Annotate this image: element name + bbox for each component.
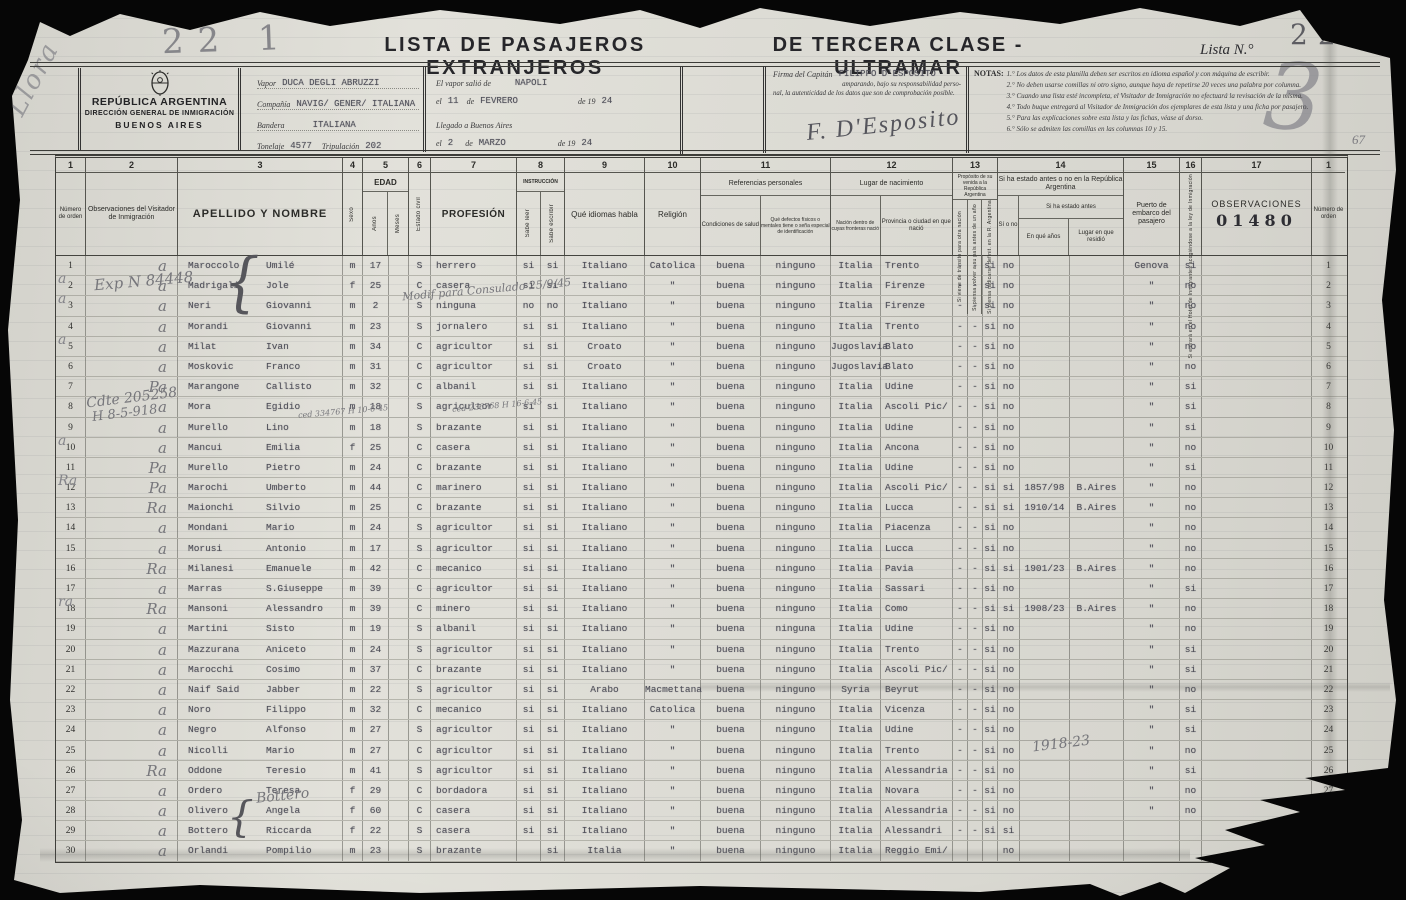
cell-ay (1020, 337, 1070, 356)
visitor-handwritten-mark: a (158, 419, 167, 437)
cell-p2: - (968, 478, 983, 497)
visitor-handwritten-mark: a (158, 620, 167, 638)
surname: Moskovic (188, 357, 266, 377)
table-row: 26RaOddoneTeresiom41SagricultorsisiItali… (56, 761, 1347, 781)
cell-ay (1020, 296, 1070, 315)
cell-ho: no (1180, 296, 1202, 315)
header-apellido-nombre: 3 APELLIDO Y NOMBRE (178, 158, 343, 255)
cell-al (1070, 761, 1124, 780)
table-row: 23aNoroFilippom32CmecanicosisiItalianoCa… (56, 700, 1347, 720)
cell-mark: a (86, 579, 178, 598)
cell-pr: agricultor (431, 539, 517, 558)
cell-al (1070, 619, 1124, 638)
table-header: 1 Número de orden 2 Observaciones del Vi… (56, 158, 1347, 256)
cell-sa: buena (701, 296, 761, 315)
cell-de: ninguno (761, 539, 831, 558)
margin-handwriting: Llora (2, 37, 66, 121)
cell-ho: si (1180, 256, 1202, 275)
cell-pu: " (1124, 761, 1180, 780)
cell-pr: ninguna (431, 296, 517, 315)
cell-mark: a (86, 841, 178, 860)
given-name: Pompilio (266, 841, 312, 861)
surname: Mondani (188, 518, 266, 538)
cell-mark: a (86, 256, 178, 275)
cell-na: Italia (831, 619, 881, 638)
cell-de: ninguno (761, 841, 831, 860)
cell-p1: - (953, 418, 968, 437)
cell-p3: si (983, 801, 998, 820)
cell-re: " (645, 720, 701, 739)
cell-sx: f (343, 781, 363, 800)
cell-sx: m (343, 640, 363, 659)
table-row: 16RaMilanesiEmanuelem42CmecanicosisiItal… (56, 559, 1347, 579)
cell-de: ninguna (761, 619, 831, 638)
cell-yr: 23 (363, 841, 389, 860)
cell-p1: - (953, 478, 968, 497)
cell-le: si (517, 821, 541, 840)
cell-re: " (645, 660, 701, 679)
visitor-handwritten-mark: a (158, 661, 167, 679)
cell-sx: m (343, 539, 363, 558)
cell-mark: Ra (86, 761, 178, 780)
cell-ho: si (1180, 377, 1202, 396)
cell-ho: no (1180, 357, 1202, 376)
cell-de: ninguno (761, 660, 831, 679)
cell-pr: albanil (431, 619, 517, 638)
salio-port: NAPOLI (515, 78, 547, 88)
cell-name: MilanesiEmanuele (178, 559, 343, 578)
cell-id: Italiano (565, 761, 645, 780)
cell-p1: - (953, 801, 968, 820)
cell-n: 13 (56, 498, 86, 517)
cell-le: si (517, 559, 541, 578)
cell-pu: " (1124, 741, 1180, 760)
cell-re: " (645, 539, 701, 558)
visitor-handwritten-mark: a (158, 721, 167, 739)
visitor-handwritten-mark: a (158, 277, 167, 295)
cell-p2: - (968, 579, 983, 598)
lista-number-label: Lista N.° (1200, 42, 1254, 59)
cell-ob (1202, 337, 1312, 356)
cell-yr: 44 (363, 478, 389, 497)
cell-re: " (645, 478, 701, 497)
de19-label: de 19 (578, 97, 596, 106)
cell-re: " (645, 276, 701, 295)
cell-ob (1202, 478, 1312, 497)
cell-le: si (517, 761, 541, 780)
cell-cv: S (409, 539, 431, 558)
visitor-handwritten-mark: a (158, 580, 167, 598)
cell-pr: agricultor (431, 741, 517, 760)
cell-al (1070, 539, 1124, 558)
compania-value: NAVIG/ GENER/ ITALIANA (296, 99, 415, 109)
cell-p1: - (953, 660, 968, 679)
cell-sx: f (343, 438, 363, 457)
cell-n2: 1 (1312, 256, 1345, 275)
cell-na: Syria (831, 680, 881, 699)
surname: Neri (188, 296, 266, 316)
cell-ob (1202, 720, 1312, 739)
header-edad: 5 EDAD Años Meses (363, 158, 409, 255)
cell-sa: buena (701, 478, 761, 497)
visitor-handwritten-mark: a (158, 358, 167, 376)
cell-es: si (541, 559, 565, 578)
cell-pr: bordadora (431, 781, 517, 800)
table-row: 22aNaif SaidJabberm22SagricultorsisiArab… (56, 680, 1347, 700)
cell-name: MarrasS.Giuseppe (178, 579, 343, 598)
cell-p1: - (953, 317, 968, 336)
cell-p2: - (968, 518, 983, 537)
cell-id: Croato (565, 357, 645, 376)
cell-ob (1202, 418, 1312, 437)
cell-n2: 7 (1312, 377, 1345, 396)
cell-ay (1020, 539, 1070, 558)
cell-es: si (541, 498, 565, 517)
cell-al (1070, 458, 1124, 477)
de19-label-2: de 19 (558, 139, 576, 148)
tripulacion-value: 202 (365, 141, 381, 151)
cell-cv: C (409, 781, 431, 800)
cell-yr: 24 (363, 640, 389, 659)
cell-de: ninguno (761, 761, 831, 780)
cell-le: si (517, 680, 541, 699)
cell-ay (1020, 579, 1070, 598)
cell-ms (389, 377, 409, 396)
visitor-handwritten-mark: a (158, 842, 167, 860)
cell-cv: S (409, 256, 431, 275)
cell-al: B.Aires (1070, 478, 1124, 497)
cell-pv: Ascoli Pic/ (881, 397, 953, 416)
cell-es: si (541, 660, 565, 679)
surname: Milanesi (188, 559, 266, 579)
given-name: Angela (266, 801, 300, 821)
cell-p3: si (983, 619, 998, 638)
cell-na: Italia (831, 841, 881, 860)
notes-label: NOTAS: (974, 69, 1004, 135)
cell-na: Italia (831, 498, 881, 517)
cell-name: MoraEgidio (178, 397, 343, 416)
cell-name: BotteroRiccarda (178, 821, 343, 840)
cell-yr: 23 (363, 317, 389, 336)
cell-ob (1202, 559, 1312, 578)
cell-sx: m (343, 579, 363, 598)
cell-al (1070, 841, 1124, 860)
tonelaje-value: 4577 (290, 141, 312, 151)
cell-al (1070, 821, 1124, 840)
given-name: Sisto (266, 619, 295, 639)
cell-p2: - (968, 801, 983, 820)
cell-de: ninguno (761, 700, 831, 719)
cell-yr: 27 (363, 720, 389, 739)
cell-n2: 12 (1312, 478, 1345, 497)
cell-le: si (517, 801, 541, 820)
cell-n: 25 (56, 741, 86, 760)
given-name: Ivan (266, 337, 289, 357)
cell-al (1070, 741, 1124, 760)
cell-n: 14 (56, 518, 86, 537)
cell-pv: Alessandri (881, 821, 953, 840)
cell-re: " (645, 397, 701, 416)
cell-ms (389, 498, 409, 517)
cell-id: Italiano (565, 377, 645, 396)
cell-sx: m (343, 498, 363, 517)
cell-es: si (541, 418, 565, 437)
given-name: Franco (266, 357, 300, 377)
cell-p1: - (953, 821, 968, 840)
cell-le: si (517, 619, 541, 638)
cell-ay (1020, 256, 1070, 275)
cell-name: MoskovicFranco (178, 357, 343, 376)
cell-ho: no (1180, 438, 1202, 457)
cell-ho (1180, 821, 1202, 840)
cell-pv: Firenze (881, 296, 953, 315)
cell-de: ninguno (761, 418, 831, 437)
table-row: 28aOliveroAngelaf60CcaserasisiItaliano"b… (56, 801, 1347, 821)
cell-p3: si (983, 660, 998, 679)
given-name: Mario (266, 518, 295, 538)
table-row: 15aMorusiAntoniom17SagricultorsisiItalia… (56, 539, 1347, 559)
cell-ay (1020, 357, 1070, 376)
cell-ay (1020, 741, 1070, 760)
cell-pr: agricultor (431, 680, 517, 699)
vapor-value: DUCA DEGLI ABRUZZI (282, 78, 379, 88)
cell-name: NegroAlfonso (178, 720, 343, 739)
cell-pr: mecanico (431, 559, 517, 578)
cell-p1: - (953, 599, 968, 618)
cell-n: 6 (56, 357, 86, 376)
cell-cv: S (409, 720, 431, 739)
cell-name: Naif SaidJabber (178, 680, 343, 699)
cell-na: Jugoslavia (831, 337, 881, 356)
table-row: 13RaMaionchiSilviom25CbrazantesisiItalia… (56, 498, 1347, 518)
cell-pr: brazante (431, 418, 517, 437)
cell-id: Italiano (565, 296, 645, 315)
surname: Oddone (188, 761, 266, 781)
cell-pu: " (1124, 438, 1180, 457)
cell-mark: a (86, 518, 178, 537)
cell-ms (389, 761, 409, 780)
cell-sx: m (343, 761, 363, 780)
given-name: Pietro (266, 458, 300, 478)
cell-sx: m (343, 296, 363, 315)
cell-sx: m (343, 660, 363, 679)
cell-mark: a (86, 680, 178, 699)
cell-n2: 2 (1312, 276, 1345, 295)
cell-ms (389, 619, 409, 638)
cell-ms (389, 397, 409, 416)
cell-p3: si (983, 599, 998, 618)
cell-es: si (541, 700, 565, 719)
cell-es: si (541, 781, 565, 800)
cell-na: Italia (831, 599, 881, 618)
cell-id: Italiano (565, 458, 645, 477)
cell-ho: no (1180, 498, 1202, 517)
cell-n: a5 (56, 337, 86, 356)
cell-al (1070, 438, 1124, 457)
cell-cv: S (409, 841, 431, 860)
cell-es: si (541, 821, 565, 840)
cell-p1: - (953, 458, 968, 477)
cell-id: Italiano (565, 256, 645, 275)
given-name: Umberto (266, 478, 306, 498)
cell-pu: " (1124, 801, 1180, 820)
surname: Noro (188, 700, 266, 720)
cell-mark: a (86, 276, 178, 295)
cell-id: Arabo (565, 680, 645, 699)
cell-re: " (645, 741, 701, 760)
cell-p2: - (968, 741, 983, 760)
cell-de: ninguno (761, 599, 831, 618)
cell-sa: buena (701, 720, 761, 739)
note-line: 3.° Cuando una lista esté incompleta, el… (1007, 91, 1309, 102)
cell-ob (1202, 438, 1312, 457)
cell-le: si (517, 518, 541, 537)
cell-an: no (998, 539, 1020, 558)
cell-an: no (998, 841, 1020, 860)
cell-p2: - (968, 660, 983, 679)
cell-pr: brazante (431, 458, 517, 477)
notes-box: NOTAS: 1.° Los datos de esta planilla de… (968, 66, 1338, 153)
cell-re: " (645, 498, 701, 517)
cell-an: no (998, 377, 1020, 396)
cell-pv: Trento (881, 741, 953, 760)
cell-le: si (517, 397, 541, 416)
cell-mark: Pa (86, 478, 178, 497)
table-row: 6aMoskovicFrancom31CagricultorsisiCroato… (56, 357, 1347, 377)
cell-p2: - (968, 680, 983, 699)
cell-name: MartiniSisto (178, 619, 343, 638)
cell-n: 8 (56, 397, 86, 416)
cell-sa: buena (701, 397, 761, 416)
margin-handwritten-mark: a (58, 292, 66, 306)
given-name: Alessandro (266, 599, 323, 619)
table-row: ra18RaMansoniAlessandrom39CminerosisiIta… (56, 599, 1347, 619)
cell-pv: Udine (881, 720, 953, 739)
cell-pu: " (1124, 700, 1180, 719)
cell-ho: no (1180, 801, 1202, 820)
cell-sa: buena (701, 377, 761, 396)
cell-p2: - (968, 640, 983, 659)
cell-n2 (1312, 841, 1345, 860)
cell-pu: " (1124, 276, 1180, 295)
cell-n: 20 (56, 640, 86, 659)
cell-cv: C (409, 377, 431, 396)
table-row: a2aMadrigaliJolef25CcaserasisiItaliano"b… (56, 276, 1347, 296)
cell-id: Italiano (565, 317, 645, 336)
cell-al: B.Aires (1070, 559, 1124, 578)
cell-mark: a (86, 397, 178, 416)
cell-sa: buena (701, 458, 761, 477)
cell-pr: brazante (431, 498, 517, 517)
cell-pv: Trento (881, 317, 953, 336)
cell-le: si (517, 599, 541, 618)
cell-es: si (541, 619, 565, 638)
cell-p2: - (968, 418, 983, 437)
header-puerto: 15 Puerto de embarco del pasajero (1124, 158, 1180, 255)
captain-signature: F. D'Esposito (805, 104, 962, 147)
cell-sa: buena (701, 276, 761, 295)
cell-n2: 15 (1312, 539, 1345, 558)
header-religion: 10 Religión (645, 158, 701, 255)
given-name: Giovanni (266, 317, 312, 337)
cell-cv: S (409, 518, 431, 537)
cell-na: Italia (831, 700, 881, 719)
cell-cv: C (409, 337, 431, 356)
cell-n2: 10 (1312, 438, 1345, 457)
cell-yr: 27 (363, 741, 389, 760)
cell-re: " (645, 418, 701, 437)
visitor-handwritten-mark: a (158, 439, 167, 457)
cell-pr: casera (431, 438, 517, 457)
cell-re: " (645, 579, 701, 598)
cell-n2: 11 (1312, 458, 1345, 477)
cell-ob (1202, 539, 1312, 558)
cell-an: si (998, 599, 1020, 618)
cell-ob (1202, 377, 1312, 396)
cell-n2: 14 (1312, 518, 1345, 537)
table-row: 11PaMurelloPietrom24CbrazantesisiItalian… (56, 458, 1347, 478)
table-row: a3aNeriGiovannim2SningunanonoItaliano"bu… (56, 296, 1347, 316)
surname: Milat (188, 337, 266, 357)
cell-ay (1020, 518, 1070, 537)
cell-le: si (517, 579, 541, 598)
cell-ay (1020, 377, 1070, 396)
cell-n2: 18 (1312, 599, 1345, 618)
cell-mark: Ra (86, 498, 178, 517)
cell-es: si (541, 599, 565, 618)
cell-name: MancuiEmilia (178, 438, 343, 457)
cell-mark: a (86, 781, 178, 800)
cell-le (517, 841, 541, 860)
cell-re: " (645, 781, 701, 800)
cell-mark: a (86, 619, 178, 638)
cell-name: MansoniAlessandro (178, 599, 343, 618)
cell-sa: buena (701, 539, 761, 558)
given-name: S.Giuseppe (266, 579, 323, 599)
cell-ob (1202, 276, 1312, 295)
cell-yr: 22 (363, 680, 389, 699)
cell-le: si (517, 700, 541, 719)
cell-an: no (998, 458, 1020, 477)
cell-de: ninguno (761, 720, 831, 739)
el-label: el (436, 97, 442, 106)
table-row: Ra12PaMarochiUmbertom44CmarinerosisiItal… (56, 478, 1347, 498)
cell-p3: si (983, 680, 998, 699)
cell-re: " (645, 821, 701, 840)
cell-n: 16 (56, 559, 86, 578)
cell-re: " (645, 801, 701, 820)
cell-yr: 60 (363, 801, 389, 820)
cell-cv: C (409, 599, 431, 618)
cell-de: ninguno (761, 781, 831, 800)
cell-re: " (645, 761, 701, 780)
cell-pu: " (1124, 458, 1180, 477)
cell-ms (389, 640, 409, 659)
visitor-handwritten-mark: a (158, 519, 167, 537)
cell-ms (389, 720, 409, 739)
cell-id: Italiano (565, 660, 645, 679)
cell-pv: Lucca (881, 498, 953, 517)
surname: Mazzurana (188, 640, 266, 660)
cell-ay (1020, 438, 1070, 457)
cell-ay (1020, 317, 1070, 336)
note-line: 2.° No deben usarse comillas ni otro sig… (1007, 80, 1309, 91)
table-row: 7PaMarangoneCallistom32CalbanilsisiItali… (56, 377, 1347, 397)
cell-cv: C (409, 579, 431, 598)
cell-cv: C (409, 559, 431, 578)
table-row: 1aMaroccoloUmilém17SherrerosisiItalianoC… (56, 256, 1347, 276)
surname: Bottero (188, 821, 266, 841)
